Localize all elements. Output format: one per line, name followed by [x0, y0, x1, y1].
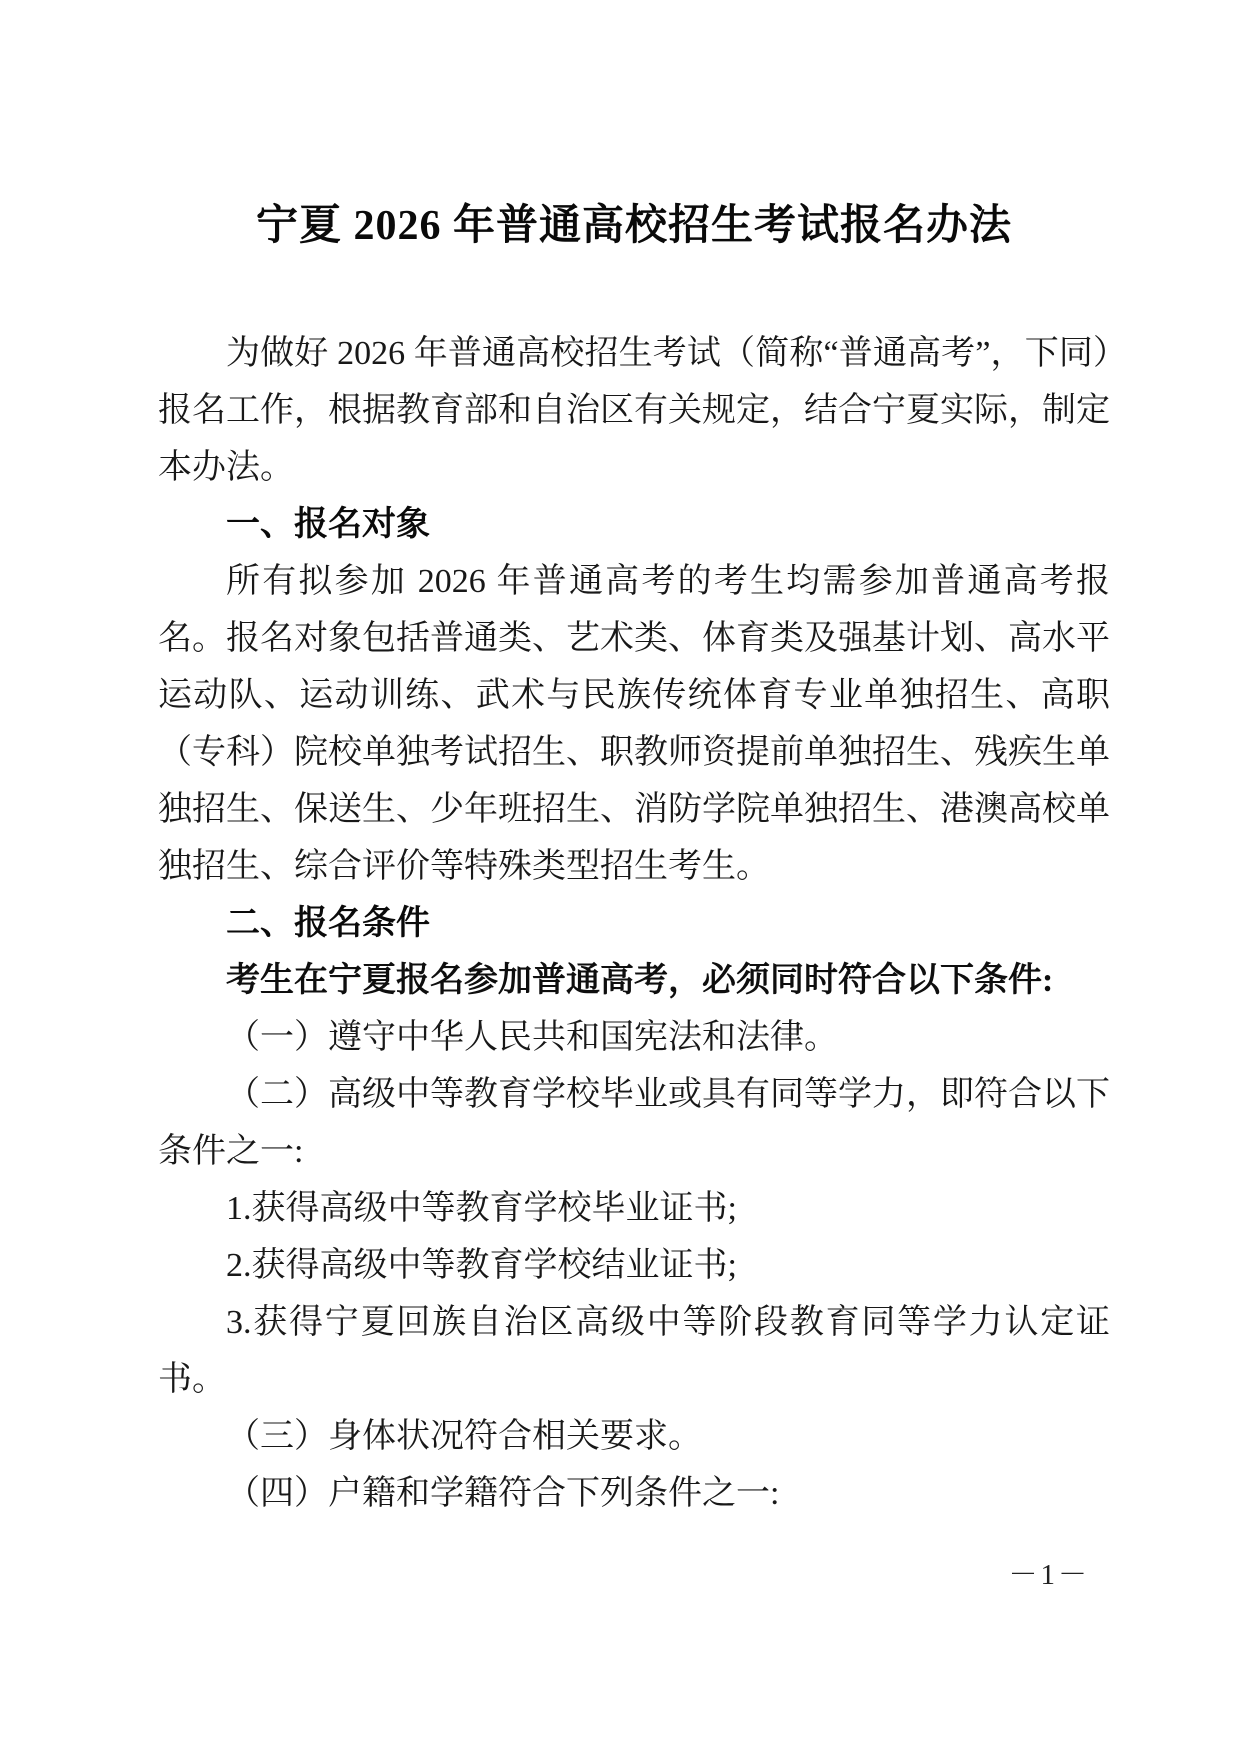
paragraph-condition-2: （二）高级中等教育学校毕业或具有同等学力，即符合以下条件之一:	[158, 1066, 1110, 1180]
page-number: －1－	[1008, 1552, 1090, 1593]
list-item-certificate-1: 1.获得高级中等教育学校毕业证书;	[158, 1180, 1110, 1237]
list-item-certificate-2: 2.获得高级中等教育学校结业证书;	[158, 1237, 1110, 1294]
paragraph-condition-4: （四）户籍和学籍符合下列条件之一:	[158, 1465, 1110, 1522]
paragraph-intro: 为做好 2026 年普通高校招生考试（简称“普通高考”，下同）报名工作，根据教育…	[158, 325, 1110, 496]
document-content: 宁夏 2026 年普通高校招生考试报名办法 为做好 2026 年普通高校招生考试…	[158, 200, 1110, 1522]
paragraph-conditions-lead: 考生在宁夏报名参加普通高考，必须同时符合以下条件:	[158, 952, 1110, 1009]
document-page: 宁夏 2026 年普通高校招生考试报名办法 为做好 2026 年普通高校招生考试…	[0, 0, 1240, 1753]
paragraph-registration-targets: 所有拟参加 2026 年普通高考的考生均需参加普通高考报名。报名对象包括普通类、…	[158, 553, 1110, 895]
section-heading-2-registration-conditions: 二、报名条件	[158, 895, 1110, 952]
paragraph-condition-3: （三）身体状况符合相关要求。	[158, 1408, 1110, 1465]
list-item-certificate-3: 3.获得宁夏回族自治区高级中等阶段教育同等学力认定证书。	[158, 1294, 1110, 1408]
paragraph-condition-1: （一）遵守中华人民共和国宪法和法律。	[158, 1009, 1110, 1066]
section-heading-1-registration-targets: 一、报名对象	[158, 496, 1110, 553]
document-title: 宁夏 2026 年普通高校招生考试报名办法	[158, 200, 1110, 253]
